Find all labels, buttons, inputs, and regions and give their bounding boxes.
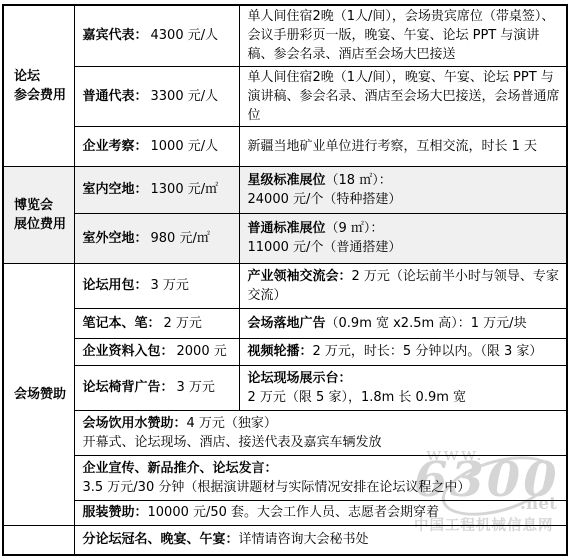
notebook-pen-label: 笔记本、笔： <box>83 316 161 331</box>
outdoor-booth-line2: 11000 元/个（普通搭建） <box>248 240 402 255</box>
outdoor-space-price: 980 元/㎡ <box>151 231 210 246</box>
cell-display-stand: 论坛现场展示台： 2 万元（限 5 家），1.8m 长 0.9m 宽 <box>239 365 567 410</box>
empty-cell <box>3 525 74 555</box>
cell-indoor-space-desc: 星级标准展位（18 ㎡）： 24000 元/个（特种搭建） <box>239 166 567 213</box>
cell-regular-rep-desc: 单人间住宿2晚（1人/间），晚宴、午宴、论坛 PPT 与演讲稿、参会名录、酒店至… <box>239 66 567 126</box>
table-row: 普通代表：3300 元/人 单人间住宿2晚（1人/间），晚宴、午宴、论坛 PPT… <box>3 66 567 126</box>
cell-indoor-space: 室内空地：1300 元/㎡ <box>74 166 239 213</box>
table-row: 室外空地：980 元/㎡ 普通标准展位（9 ㎡）： 11000 元/个（普通搭建… <box>3 213 567 263</box>
chair-ad-price: 3 万元 <box>177 380 215 395</box>
video-loop-lead: 视频轮播： <box>248 344 313 359</box>
clothing-sponsor-rest: 10000 元/50 套。大会工作人员、志愿者会期穿着 <box>148 505 440 520</box>
cell-regular-rep: 普通代表：3300 元/人 <box>74 66 239 126</box>
indoor-booth-paren: （18 ㎡）： <box>326 173 392 188</box>
indoor-booth-lead: 星级标准展位 <box>248 173 326 188</box>
drinking-water-line2: 开幕式、论坛现场、酒店、接送代表及嘉宾车辆发放 <box>83 435 382 450</box>
table-row: 企业宣传、新品推介、论坛发言： 3.5 万元/30 分钟（根据演讲题材与实际情况… <box>3 455 567 500</box>
regular-rep-desc: 单人间住宿2晚（1人/间），晚宴、午宴、论坛 PPT 与演讲稿、参会名录、酒店至… <box>248 70 560 123</box>
table-row: 服装赞助：10000 元/50 套。大会工作人员、志愿者会期穿着 <box>3 500 567 525</box>
subforum-naming-lead: 分论坛冠名、晚宴、午宴： <box>83 532 239 547</box>
cell-guest-rep: 嘉宾代表：4300 元/人 <box>74 5 239 66</box>
table-row: 会场赞助 论坛用包：3 万元 产业领袖交流会：2 万元（论坛前半小时与领导、专家… <box>3 263 567 308</box>
company-visit-label: 企业考察： <box>83 139 148 154</box>
cell-forum-bag: 论坛用包：3 万元 <box>74 263 239 308</box>
section-expo-line1: 博览会 <box>14 196 68 215</box>
materials-in-bag-price: 2000 元 <box>177 344 227 359</box>
cell-floor-ad: 会场落地广告（0.9m 宽 x2.5m 高）：1 万元/块 <box>239 308 567 338</box>
cell-company-visit-desc: 新疆当地矿业单位进行考察，互相交流，时长 1 天 <box>239 126 567 166</box>
pricing-table: 论坛 参会费用 嘉宾代表：4300 元/人 单人间住宿2晚（1人/间），会场贵宾… <box>2 4 568 556</box>
outdoor-space-label: 室外空地： <box>83 231 148 246</box>
company-visit-desc: 新疆当地矿业单位进行考察，互相交流，时长 1 天 <box>248 139 538 154</box>
table-row: 论坛椅背广告：3 万元 论坛现场展示台： 2 万元（限 5 家），1.8m 长 … <box>3 365 567 410</box>
regular-rep-price: 3300 元/人 <box>151 89 219 104</box>
chair-ad-label: 论坛椅背广告： <box>83 380 174 395</box>
floor-ad-lead: 会场落地广告 <box>248 316 326 331</box>
cell-subforum-naming: 分论坛冠名、晚宴、午宴：详情请咨询大会秘书处 <box>74 525 567 555</box>
leader-meeting-lead: 产业领袖交流会： <box>248 269 352 284</box>
cell-outdoor-space-desc: 普通标准展位（9 ㎡）： 11000 元/个（普通搭建） <box>239 213 567 263</box>
guest-rep-desc: 单人间住宿2晚（1人/间），会场贵宾席位（带桌签）、会议手册彩页一版，晚宴、午宴… <box>248 9 555 62</box>
display-stand-lead: 论坛现场展示台： <box>248 371 352 386</box>
guest-rep-price: 4300 元/人 <box>151 28 219 43</box>
section-forum-line2: 参会费用 <box>14 86 68 105</box>
cell-company-speech: 企业宣传、新品推介、论坛发言： 3.5 万元/30 分钟（根据演讲题材与实际情况… <box>74 455 567 500</box>
cell-materials-in-bag: 企业资料入包：2000 元 <box>74 338 239 365</box>
company-speech-lead: 企业宣传、新品推介、论坛发言： <box>83 461 278 476</box>
outdoor-booth-paren: （9 ㎡）： <box>326 221 384 236</box>
company-visit-price: 1000 元/人 <box>151 139 219 154</box>
forum-bag-price: 3 万元 <box>151 278 189 293</box>
subforum-naming-rest: 详情请咨询大会秘书处 <box>239 532 369 547</box>
indoor-space-price: 1300 元/㎡ <box>151 182 219 197</box>
materials-in-bag-label: 企业资料入包： <box>83 344 174 359</box>
display-stand-line2: 2 万元（限 5 家），1.8m 长 0.9m 宽 <box>248 390 467 405</box>
section-expo-booth: 博览会 展位费用 <box>3 166 74 263</box>
clothing-sponsor-lead: 服装赞助： <box>83 505 148 520</box>
table-row: 会场饮用水赞助：4 万元（独家） 开幕式、论坛现场、酒店、接送代表及嘉宾车辆发放 <box>3 410 567 455</box>
table-row: 企业考察：1000 元/人 新疆当地矿业单位进行考察，互相交流，时长 1 天 <box>3 126 567 166</box>
cell-video-loop: 视频轮播：2 万元，时长：5 分钟以内。（限 3 家） <box>239 338 567 365</box>
table-row: 笔记本、笔：2 万元 会场落地广告（0.9m 宽 x2.5m 高）：1 万元/块 <box>3 308 567 338</box>
section-sponsorship: 会场赞助 <box>3 263 74 525</box>
table-row: 论坛 参会费用 嘉宾代表：4300 元/人 单人间住宿2晚（1人/间），会场贵宾… <box>3 5 567 66</box>
regular-rep-label: 普通代表： <box>83 89 148 104</box>
video-loop-rest: 2 万元，时长：5 分钟以内。（限 3 家） <box>313 344 543 359</box>
section-forum-line1: 论坛 <box>14 67 68 86</box>
drinking-water-rest: 4 万元（独家） <box>187 416 277 431</box>
company-speech-line2: 3.5 万元/30 分钟（根据演讲题材与实际情况安排在论坛议程之中） <box>83 480 471 495</box>
guest-rep-label: 嘉宾代表： <box>83 28 148 43</box>
cell-company-visit: 企业考察：1000 元/人 <box>74 126 239 166</box>
floor-ad-rest: （0.9m 宽 x2.5m 高）：1 万元/块 <box>326 316 527 331</box>
cell-leader-meeting: 产业领袖交流会：2 万元（论坛前半小时与领导、专家交流） <box>239 263 567 308</box>
cell-clothing-sponsor: 服装赞助：10000 元/50 套。大会工作人员、志愿者会期穿着 <box>74 500 567 525</box>
indoor-space-label: 室内空地： <box>83 182 148 197</box>
section-expo-line2: 展位费用 <box>14 215 68 234</box>
table-row: 分论坛冠名、晚宴、午宴：详情请咨询大会秘书处 <box>3 525 567 555</box>
table-row: 企业资料入包：2000 元 视频轮播：2 万元，时长：5 分钟以内。（限 3 家… <box>3 338 567 365</box>
section-forum-fees: 论坛 参会费用 <box>3 5 74 166</box>
table-row: 博览会 展位费用 室内空地：1300 元/㎡ 星级标准展位（18 ㎡）： 240… <box>3 166 567 213</box>
cell-chair-ad: 论坛椅背广告：3 万元 <box>74 365 239 410</box>
forum-bag-label: 论坛用包： <box>83 278 148 293</box>
cell-outdoor-space: 室外空地：980 元/㎡ <box>74 213 239 263</box>
indoor-booth-line2: 24000 元/个（特种搭建） <box>248 192 402 207</box>
cell-drinking-water: 会场饮用水赞助：4 万元（独家） 开幕式、论坛现场、酒店、接送代表及嘉宾车辆发放 <box>74 410 567 455</box>
cell-notebook-pen: 笔记本、笔：2 万元 <box>74 308 239 338</box>
outdoor-booth-lead: 普通标准展位 <box>248 221 326 236</box>
cell-guest-rep-desc: 单人间住宿2晚（1人/间），会场贵宾席位（带桌签）、会议手册彩页一版，晚宴、午宴… <box>239 5 567 66</box>
notebook-pen-price: 2 万元 <box>164 316 202 331</box>
drinking-water-lead: 会场饮用水赞助： <box>83 416 187 431</box>
section-sponsorship-label: 会场赞助 <box>14 385 68 404</box>
